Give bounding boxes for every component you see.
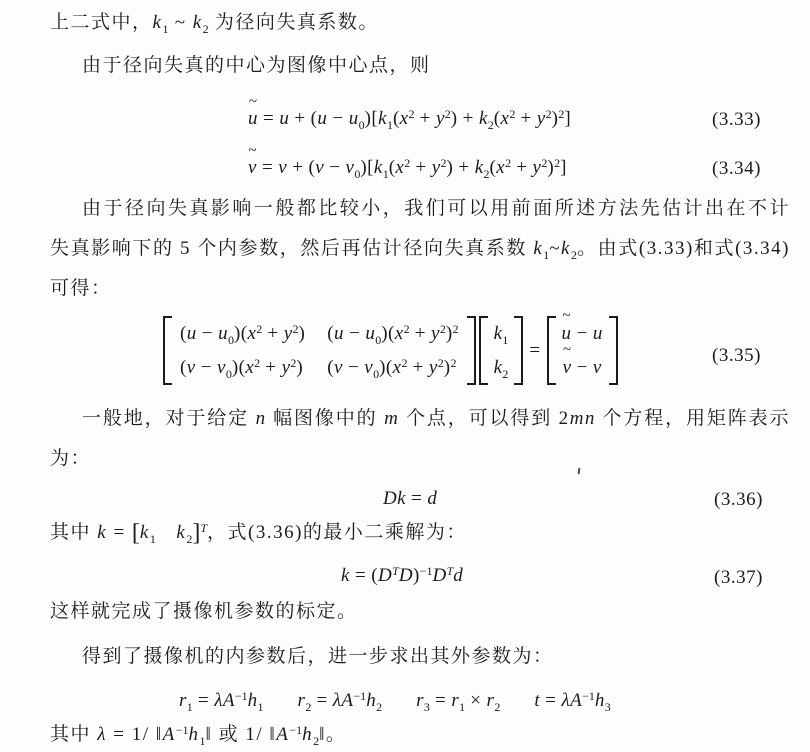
- eq-extrinsic-r1: r1 = λA−1h1: [179, 689, 264, 713]
- eq-3-36-number: (3.36): [714, 488, 763, 512]
- eq-3-36-formula: Dk = d: [383, 487, 437, 511]
- eq-3-37-number: (3.37): [714, 566, 763, 590]
- line-k-definition: 其中 k = [k1 k2]T，式(3.36)的最小二乘解为：: [50, 521, 467, 545]
- matrix-cell-21: (v − v0)(x2 + y2): [180, 355, 305, 380]
- para-estimate-line-2: 失真影响下的 5 个内参数，然后再估计径向失真系数 k1~k2。由式(3.33)…: [50, 237, 790, 261]
- line-radial-coefficients: 上二式中，k1 ~ k2 为径向失真系数。: [50, 11, 379, 35]
- matrix-bracket-left: [163, 316, 172, 385]
- eq-extrinsic-r3: r3 = r1 × r2: [416, 689, 500, 713]
- rhs-row-2: v~ − v: [563, 355, 602, 380]
- equals-sign: =: [529, 339, 540, 363]
- line-distortion-center: 由于径向失真的中心为图像中心点，则: [82, 54, 431, 78]
- page: 上二式中，k1 ~ k2 为径向失真系数。 由于径向失真的中心为图像中心点，则 …: [0, 0, 810, 752]
- para-equations-line-2: 为：: [50, 447, 91, 471]
- eq-3-35-number: (3.35): [712, 344, 761, 368]
- rhs-vector: u~ − u v~ − v: [556, 316, 609, 385]
- para-estimate-line-1: 由于径向失真影响一般都比较小，我们可以用前面所述方法先估计出在不计: [82, 197, 790, 221]
- matrix-bracket-right: [467, 316, 476, 385]
- line-calibration-complete: 这样就完成了摄像机参数的标定。: [50, 600, 358, 624]
- eq-3-33-number: (3.33): [712, 108, 761, 132]
- eq-3-35: (u − u0)(x2 + y2) (u − u0)(x2 + y2)2 (v …: [163, 316, 618, 385]
- k-vector-bracket-right: [514, 316, 523, 385]
- rhs-bracket-left: [547, 316, 556, 385]
- para-estimate-line-3: 可得：: [50, 277, 112, 301]
- matrix-cell-12: (u − u0)(x2 + y2)2: [327, 321, 458, 346]
- scan-speck: [578, 468, 581, 474]
- k-vector-bracket-left: [479, 316, 488, 385]
- rhs-bracket-right: [609, 316, 618, 385]
- eq-3-34-formula: v~ = v + (v − v0)[k1(x2 + y2) + k2(x2 + …: [248, 156, 567, 180]
- k-vector: k1 k2: [488, 316, 515, 385]
- extrinsic-equations: r1 = λA−1h1 r2 = λA−1h2 r3 = r1 × r2 t =…: [179, 689, 611, 713]
- eq-3-34-number: (3.34): [712, 157, 761, 181]
- line-extrinsic-intro: 得到了摄像机的内参数后，进一步求出其外参数为：: [82, 645, 554, 669]
- eq-3-33-formula: u~ = u + (u − u0)[k1(x2 + y2) + k2(x2 + …: [248, 107, 571, 131]
- k1-cell: k1: [494, 321, 509, 346]
- para-equations-line-1: 一般地，对于给定 n 幅图像中的 m 个点，可以得到 2mn 个方程，用矩阵表示: [82, 407, 790, 431]
- matrix-cell-22: (v − v0)(x2 + y2)2: [327, 355, 458, 380]
- coefficient-matrix: (u − u0)(x2 + y2) (u − u0)(x2 + y2)2 (v …: [172, 316, 467, 385]
- eq-extrinsic-r2: r2 = λA−1h2: [298, 689, 383, 713]
- eq-extrinsic-t: t = λA−1h3: [534, 689, 610, 713]
- k2-cell: k2: [494, 355, 509, 380]
- matrix-cell-11: (u − u0)(x2 + y2): [180, 321, 305, 346]
- line-lambda-definition: 其中 λ = 1/ ‖A−1h1‖ 或 1/ ‖A−1h2‖。: [50, 723, 346, 747]
- eq-3-37-formula: k = (DTD)−1DTd: [341, 564, 463, 588]
